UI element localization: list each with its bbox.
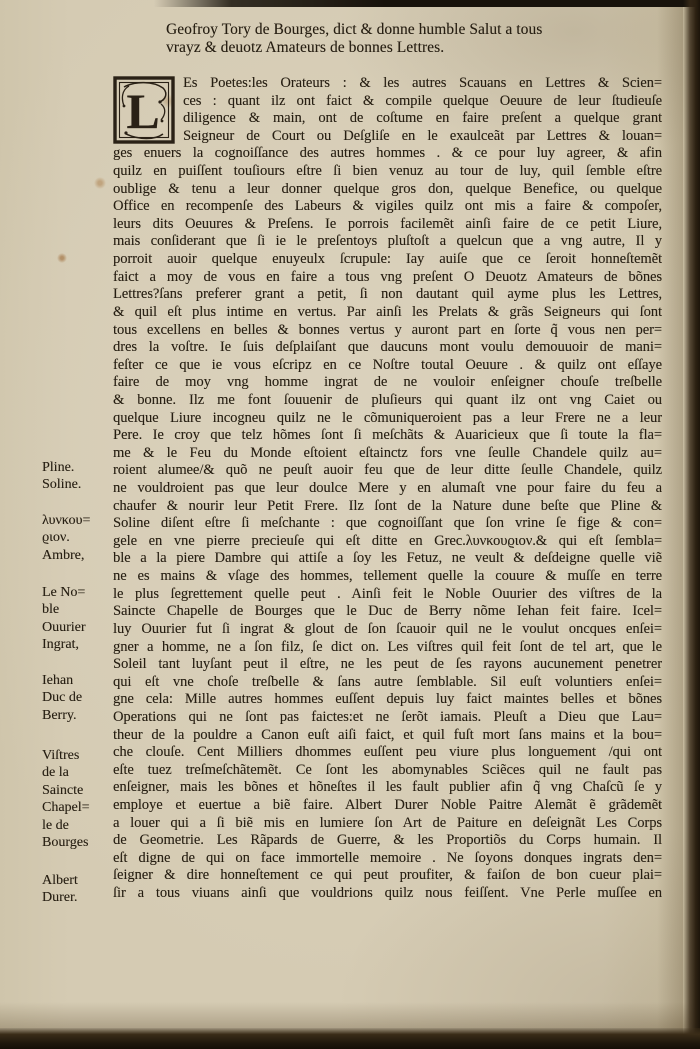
text-line: chaufer & nourir leur Petit Frere. Ilz ſ… (113, 498, 662, 516)
text-line: Soleil tant luyſant peut il eſtre, ne le… (113, 656, 662, 674)
page-curvature-shadow-bottom (0, 1002, 700, 1028)
text-line: ſir a tous viuans ainſi que vouldrions q… (113, 885, 662, 903)
margin-note-greek-lyncurion: λυνκου= ϱιον. (42, 512, 114, 547)
text-line: Lettres?ſans preferer grant a petit, ſi … (113, 286, 662, 304)
text-line: Office en recompenſe des Labeurs & vigil… (113, 198, 662, 216)
scan-edge-top (0, 0, 700, 7)
text-line: luy Ouurier fut ſi ingrat & glout de ſon… (113, 621, 662, 639)
text-line: de Geometrie. Les Rãpards de Guerre, & l… (113, 832, 662, 850)
text-line: qui eſt vne choſe treſbelle & ſans autre… (113, 674, 662, 692)
text-line: me & le Feu du Monde eſtoient eſtainctz … (113, 445, 662, 463)
text-line: oublige & tenu a leur donner quelque gro… (113, 181, 662, 199)
text-line: gner a homme, ne a ſon filz, ſe dict on.… (113, 639, 662, 657)
text-line: Saincte Chapelle de Bourges que le Duc d… (113, 603, 662, 621)
text-line: diligence & main, ont de coſtume en fair… (183, 110, 662, 128)
text-line: faict a moy de vous en faire a tous vng … (113, 269, 662, 287)
text-line: quelque Liure incogneu quilz ne le cõmun… (113, 410, 662, 428)
text-line: Es Poetes:les Orateurs : & les autres Sc… (183, 75, 662, 93)
text-line: & bonne. Ilz me font ſouuenir de pluſieu… (113, 392, 662, 410)
text-line: leurs dits Oeuures & Preſens. Ie porrois… (113, 216, 662, 234)
text-line: ne es mains & vſage des hommes, tellemen… (113, 568, 662, 586)
text-line: eſt digne de qui on face immortelle memo… (113, 850, 662, 868)
text-line: Soline diſent eſtre ſi meſchante : que c… (113, 515, 662, 533)
svg-text:L: L (126, 83, 159, 139)
header-line-2: vrayz & deuotz Amateurs de bonnes Lettre… (166, 39, 626, 57)
text-line: employe et euertue a biẽ faire. Albert D… (113, 797, 662, 815)
text-line: quilz en puiſſent touſiours eſtre ſi bie… (113, 163, 662, 181)
book-page: Geofroy Tory de Bourges, dict & donne hu… (0, 0, 700, 1049)
text-line: ſeigner & dire honneſtement ce qui peut … (113, 867, 662, 885)
woodcut-initial-L: L (113, 76, 175, 144)
text-line: gne cela: Mille autres hommes euſſent de… (113, 691, 662, 709)
margin-note-vitres-sainte-chapelle: Viſtres de la Saincte Chapel= le de Bour… (42, 747, 114, 851)
text-line: faire de moy vng homme ingrat de ne voul… (113, 374, 662, 392)
text-line: feſter ce que ie vous eſcripz en ce Noſt… (113, 357, 662, 375)
text-line: ne vouldroient pas que leur doulce Mere … (113, 480, 662, 498)
text-line: enſeigner, mais les bõnes et hõneſtes il… (113, 779, 662, 797)
margin-note-albert-durer: Albert Durer. (42, 872, 114, 907)
text-line: Seigneur de Court ou Deſgliſe en le exau… (183, 128, 662, 146)
text-line: dres la voſtre. Ie ſuis deſplaiſant que … (113, 339, 662, 357)
margin-note-pline-soline: Pline. Soline. (42, 459, 114, 494)
header-line-1: Geofroy Tory de Bourges, dict & donne hu… (166, 21, 626, 39)
scan-edge-bottom (0, 1028, 700, 1049)
margin-note-jehan-duc-berry: Iehan Duc de Berry. (42, 672, 114, 724)
text-line: theur de la pouldre a Canon euſt aiſi fa… (113, 727, 662, 745)
text-line: a louer qui a ſi biẽ mis en lumiere ſon … (113, 815, 662, 833)
text-line: tous excellens en belles & bonnes vertus… (113, 322, 662, 340)
text-line: & quil eſt plus intime en vertus. Par ai… (113, 304, 662, 322)
text-line: ble a la piere Dambre qui attiſe a ſoy l… (113, 550, 662, 568)
text-line: porroit auoir quelque enuyeulx ſcrupule:… (113, 251, 662, 269)
margin-note-ambre: Ambre, (42, 547, 114, 564)
text-line: roient alumee/& quõ ne peuſt auoir feu q… (113, 462, 662, 480)
text-line: Pere. Ie croy que telz hõmes ſont ſi meſ… (113, 427, 662, 445)
page-curvature-shadow-right (657, 0, 683, 1049)
scan-edge-right (683, 0, 700, 1049)
text-line: gele en vne pierre precieuſe qui eſt dit… (113, 533, 662, 551)
margin-note-noble-ouvrier: Le No= ble Ouurier Ingrat, (42, 584, 114, 654)
text-line: mais conſiderant que ſi ie le preſentoys… (113, 233, 662, 251)
page-header: Geofroy Tory de Bourges, dict & donne hu… (166, 21, 626, 57)
text-line: eſte tuez treſmeſchãtemẽt. Ce ſont les a… (113, 762, 662, 780)
text-line: ces : quant ilz ont faict & compile quel… (183, 93, 662, 111)
paragraph-lines: Es Poetes:les Orateurs : & les autres Sc… (113, 75, 662, 903)
body-text: L Es Poetes:les Orateurs : & les autres … (113, 75, 662, 903)
text-line: che clouſe. Cent Milliers dhommes euſſen… (113, 744, 662, 762)
text-line: ges enuers la cognoiſſance des autres ho… (113, 145, 662, 163)
text-line: le plus ſegrettement quelle peut . Ainſi… (113, 586, 662, 604)
text-line: Operations qui ne ſont pas faictes:et ne… (113, 709, 662, 727)
